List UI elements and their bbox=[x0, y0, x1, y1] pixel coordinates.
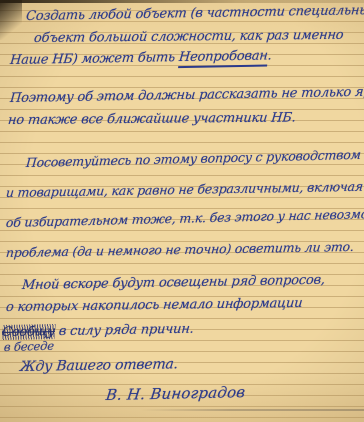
line-text: . bbox=[267, 48, 272, 63]
scan-shadow-corner bbox=[0, 0, 22, 40]
scanned-letter-page: Создать любой объект (в частности специа… bbox=[0, 0, 364, 422]
handwritten-line: о которых накопилось немало информации bbox=[5, 296, 303, 315]
line-text: в силу ряда причин. bbox=[58, 322, 194, 339]
handwritten-line: об избирательном тоже, т.к. без этого у … bbox=[5, 205, 364, 230]
handwritten-line: Посоветуйтесь по этому вопросу с руковод… bbox=[25, 146, 364, 170]
handwritten-line-underlined: Наше НБ) может быть Неопробован. bbox=[9, 48, 272, 68]
handwritten-line: проблема (да и немного не точно) осветит… bbox=[5, 239, 354, 260]
scratched-out-word: Сообщу bbox=[1, 324, 55, 340]
signature: В. Н. Виноградов bbox=[105, 383, 246, 404]
scan-edge-top bbox=[0, 0, 364, 3]
line-text: Наше НБ) может быть bbox=[9, 50, 179, 68]
handwritten-line: объект большой сложности, как раз именно bbox=[33, 28, 344, 46]
handwritten-line: и товарищами, как равно не безразличными… bbox=[5, 179, 363, 200]
inserted-correction-word: в беседе bbox=[3, 339, 54, 354]
handwritten-line: Поэтому об этом должны рассказать не тол… bbox=[9, 85, 364, 106]
handwritten-line: Мной вскоре будут освещены ряд вопросов, bbox=[21, 273, 325, 293]
handwritten-line: Создать любой объект (в частности специа… bbox=[25, 3, 364, 24]
handwritten-line-correction: Сообщу в силу ряда причин. bbox=[1, 322, 194, 340]
closing-line: Жду Вашего ответа. bbox=[19, 356, 178, 375]
handwritten-line: но также все ближайшие участники НБ. bbox=[7, 110, 296, 128]
scan-edge-bottom bbox=[140, 409, 364, 411]
underlined-word: Неопробован bbox=[178, 48, 268, 68]
